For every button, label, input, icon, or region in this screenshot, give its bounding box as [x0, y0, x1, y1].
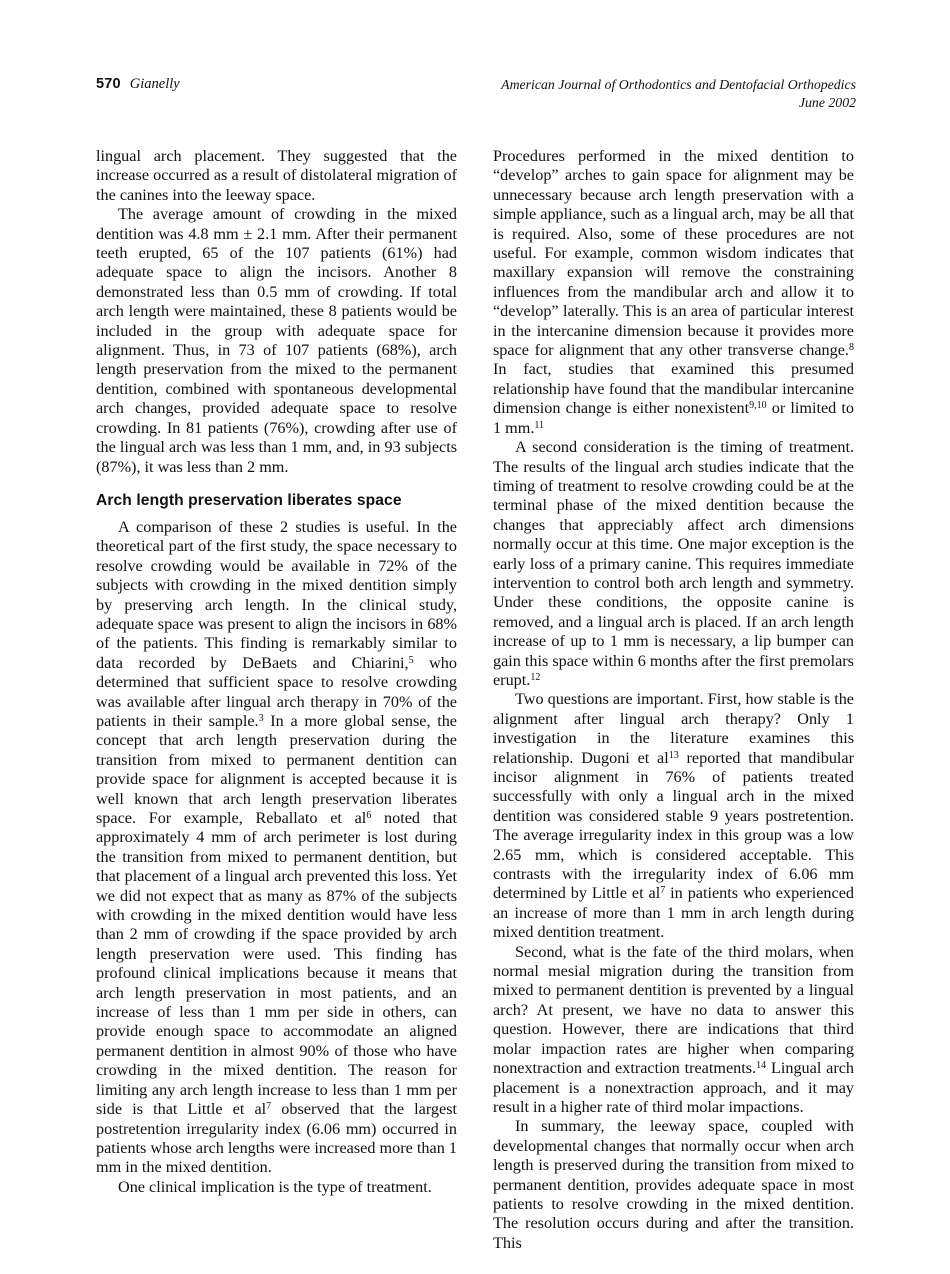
header-journal-info: American Journal of Orthodontics and Den…	[501, 76, 856, 111]
paragraph: In summary, the leeway space, coupled wi…	[493, 1117, 854, 1253]
paragraph: lingual arch placement. They suggested t…	[96, 147, 457, 205]
author-name: Gianelly	[130, 76, 180, 92]
paragraph: Second, what is the fate of the third mo…	[493, 943, 854, 1118]
journal-page: 570Gianelly American Journal of Orthodon…	[0, 0, 950, 1274]
reference-superscript: 11	[534, 420, 544, 431]
reference-superscript: 14	[756, 1060, 766, 1071]
reference-superscript: 7	[660, 885, 665, 896]
header-left: 570Gianelly	[96, 76, 180, 93]
paragraph: A second consideration is the timing of …	[493, 438, 854, 690]
journal-issue-date: June 2002	[501, 94, 856, 112]
reference-superscript: 3	[259, 713, 264, 724]
reference-superscript: 5	[409, 655, 414, 666]
paragraph: The average amount of crowding in the mi…	[96, 205, 457, 477]
reference-superscript: 6	[366, 810, 371, 821]
paragraph: One clinical implication is the type of …	[96, 1178, 457, 1197]
journal-title: American Journal of Orthodontics and Den…	[501, 76, 856, 94]
running-header: 570Gianelly American Journal of Orthodon…	[96, 76, 856, 111]
reference-superscript: 13	[669, 750, 679, 761]
page-number: 570	[96, 76, 121, 92]
paragraph: Two questions are important. First, how …	[493, 690, 854, 942]
reference-superscript: 9,10	[749, 400, 767, 411]
reference-superscript: 7	[266, 1101, 271, 1112]
reference-superscript: 8	[849, 342, 854, 353]
text-column-right: Procedures performed in the mixed dentit…	[493, 147, 854, 1253]
paragraph: A comparison of these 2 studies is usefu…	[96, 518, 457, 1178]
body-columns: lingual arch placement. They suggested t…	[96, 147, 854, 1253]
paragraph: Procedures performed in the mixed dentit…	[493, 147, 854, 438]
reference-superscript: 12	[530, 672, 540, 683]
text-column-left: lingual arch placement. They suggested t…	[96, 147, 457, 1253]
section-heading: Arch length preservation liberates space	[96, 491, 457, 510]
